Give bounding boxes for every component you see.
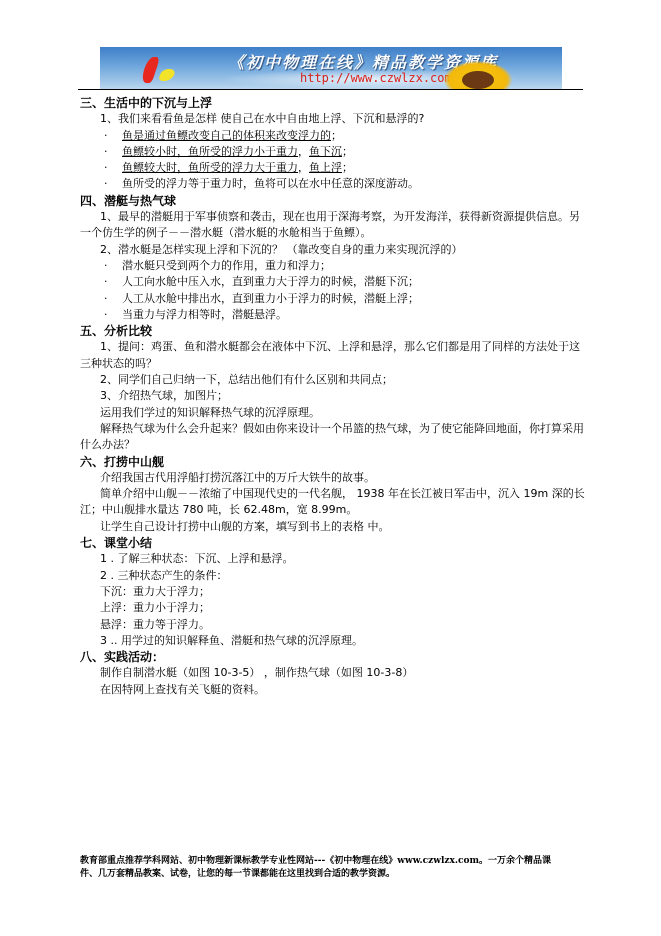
bullet-icon: ·	[104, 176, 108, 192]
bullet-icon: ·	[104, 274, 108, 290]
bullet-item: · 潜水艇只受到两个力的作用，重力和浮力；	[80, 258, 585, 274]
section-heading-7: 七、课堂小结	[80, 535, 585, 551]
page-footer: 教育部重点推荐学科网站、初中物理新课标教学专业性网站---《初中物理在线》www…	[80, 855, 590, 881]
paragraph: 介绍我国古代用浮船打捞沉落江中的万斤大铁牛的故事。	[80, 470, 585, 486]
paragraph: 1、我们来看看鱼是怎样 使自己在水中自由地上浮、下沉和悬浮的?	[80, 111, 585, 127]
paragraph: 上浮：重力小于浮力；	[80, 600, 585, 616]
bullet-item: · 人工从水舱中排出水，直到重力小于浮力的时候，潜艇上浮；	[80, 291, 585, 307]
paragraph: 悬浮：重力等于浮力。	[80, 617, 585, 633]
paragraph: 1、提问：鸡蛋、鱼和潜水艇都会在液体中下沉、上浮和悬浮，那么它们都是用了同样的方…	[80, 339, 585, 372]
paragraph: 2、同学们自己归纳一下，总结出他们有什么区别和共同点；	[80, 372, 585, 388]
footer-line: 件、几万套精品教案、试卷，让您的每一节课都能在这里找到合适的教学资源。	[80, 868, 590, 881]
paragraph: 1、最早的潜艇用于军事侦察和袭击，现在也用于深海考察，为开发海洋，获得新资源提供…	[80, 209, 585, 242]
paragraph: 运用我们学过的知识解释热气球的沉浮原理。	[80, 405, 585, 421]
section-heading-8: 八、实践活动：	[80, 649, 585, 665]
bullet-icon: ·	[104, 128, 108, 144]
paragraph: 2 . 三种状态产生的条件：	[80, 568, 585, 584]
bullet-item: · 鱼鳔较大时，鱼所受的浮力大于重力，鱼上浮；	[80, 160, 585, 176]
paragraph: 下沉：重力大于浮力；	[80, 584, 585, 600]
paragraph: 解释热气球为什么会升起来？假如由你来设计一个吊篮的热气球，为了使它能降回地面，你…	[80, 421, 585, 454]
paragraph: 简单介绍中山舰－－浓缩了中国现代史的一代名舰， 1938 年在长江被日军击中，沉…	[80, 486, 585, 519]
paragraph: 让学生自己设计打捞中山舰的方案，填写到书上的表格 中。	[80, 519, 585, 535]
paragraph: 在因特网上查找有关飞艇的资料。	[80, 682, 585, 698]
section-heading-4: 四、潜艇与热气球	[80, 193, 585, 209]
section-heading-3: 三、生活中的下沉与上浮	[80, 95, 585, 111]
bullet-item: · 鱼所受的浮力等于重力时，鱼将可以在水中任意的深度游动。	[80, 176, 585, 192]
paragraph: 3、介绍热气球，加图片；	[80, 388, 585, 404]
paragraph: 制作自制潜水艇（如图 10-3-5） ，制作热气球（如图 10-3-8）	[80, 665, 585, 681]
section-heading-6: 六、打捞中山舰	[80, 454, 585, 470]
site-logo-icon	[140, 55, 180, 87]
bullet-icon: ·	[104, 291, 108, 307]
site-banner: 《初中物理在线》精品教学资源库 http://www.czwlzx.com	[100, 47, 562, 89]
section-heading-5: 五、分析比较	[80, 323, 585, 339]
paragraph: 3 .. 用学过的知识解释鱼、潜艇和热气球的沉浮原理。	[80, 633, 585, 649]
bullet-icon: ·	[104, 144, 108, 160]
document-body: 三、生活中的下沉与上浮 1、我们来看看鱼是怎样 使自己在水中自由地上浮、下沉和悬…	[80, 95, 585, 698]
bullet-item: · 人工向水舱中压入水，直到重力大于浮力的时候，潜艇下沉；	[80, 274, 585, 290]
paragraph: 2、潜水艇是怎样实现上浮和下沉的？ （靠改变自身的重力来实现沉浮的）	[80, 242, 585, 258]
bullet-icon: ·	[104, 258, 108, 274]
bullet-item: · 当重力与浮力相等时，潜艇悬浮。	[80, 307, 585, 323]
sunflower-icon	[444, 61, 512, 89]
header-divider	[78, 89, 583, 90]
bullet-item: · 鱼是通过鱼鳔改变自己的体积来改变浮力的；	[80, 128, 585, 144]
footer-line: 教育部重点推荐学科网站、初中物理新课标教学专业性网站---《初中物理在线》www…	[80, 855, 590, 868]
bullet-item: · 鱼鳔较小时，鱼所受的浮力小于重力，鱼下沉；	[80, 144, 585, 160]
bullet-icon: ·	[104, 307, 108, 323]
paragraph: 1 . 了解三种状态：下沉、上浮和悬浮。	[80, 551, 585, 567]
bullet-icon: ·	[104, 160, 108, 176]
banner-url: http://www.czwlzx.com	[300, 71, 452, 85]
